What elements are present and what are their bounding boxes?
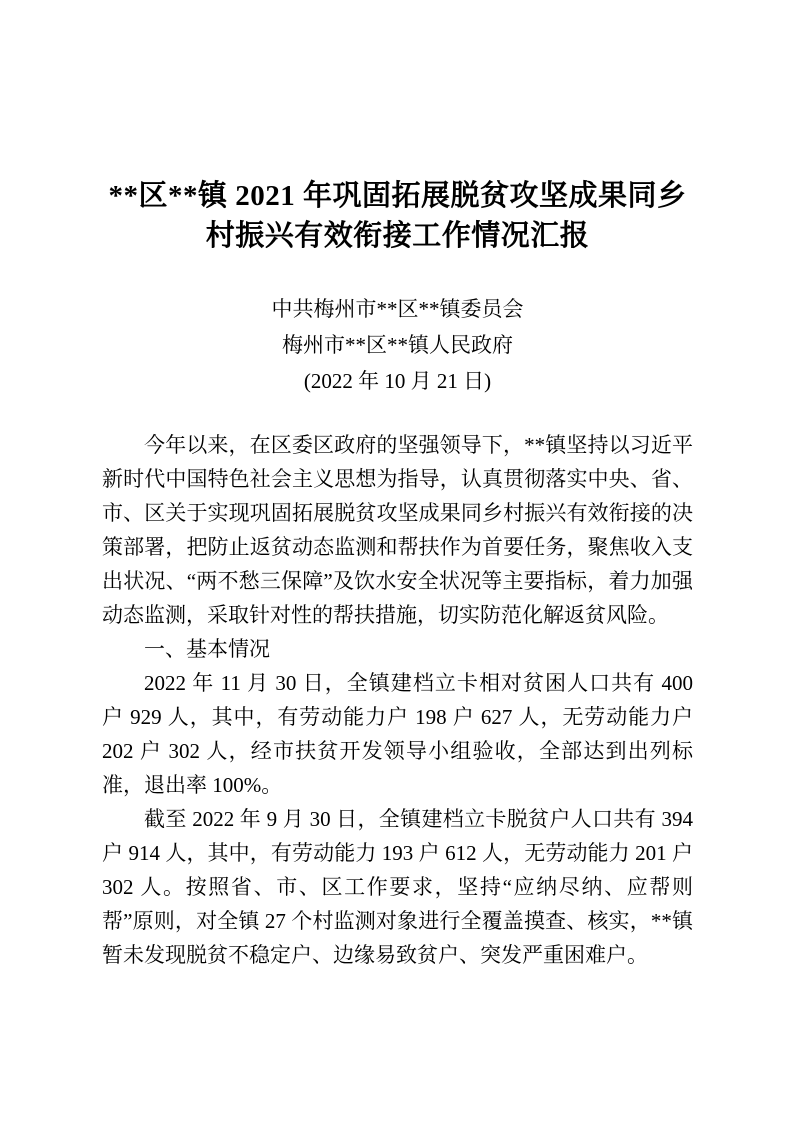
paragraph-poverty-stats-november: 2022 年 11 月 30 日，全镇建档立卡相对贫困人口共有 400 户 92… bbox=[102, 666, 693, 802]
title-line-2: 村振兴有效衔接工作情况汇报 bbox=[102, 216, 693, 256]
document-page: **区**镇 2021 年巩固拓展脱贫攻坚成果同乡 村振兴有效衔接工作情况汇报 … bbox=[0, 0, 794, 1122]
document-byline: 中共梅州市**区**镇委员会 梅州市**区**镇人民政府 (2022 年 10 … bbox=[102, 291, 693, 399]
paragraph-poverty-stats-september: 截至 2022 年 9 月 30 日，全镇建档立卡脱贫户人口共有 394 户 9… bbox=[102, 802, 693, 972]
document-date: (2022 年 10 月 21 日) bbox=[102, 363, 693, 399]
section-heading-basic-situation: 一、基本情况 bbox=[102, 632, 693, 666]
author-line-party-committee: 中共梅州市**区**镇委员会 bbox=[102, 291, 693, 327]
author-line-government: 梅州市**区**镇人民政府 bbox=[102, 327, 693, 363]
paragraph-intro: 今年以来，在区委区政府的坚强领导下，**镇坚持以习近平新时代中国特色社会主义思想… bbox=[102, 428, 693, 632]
document-title: **区**镇 2021 年巩固拓展脱贫攻坚成果同乡 村振兴有效衔接工作情况汇报 bbox=[102, 176, 693, 256]
document-body: 今年以来，在区委区政府的坚强领导下，**镇坚持以习近平新时代中国特色社会主义思想… bbox=[102, 428, 693, 972]
title-line-1: **区**镇 2021 年巩固拓展脱贫攻坚成果同乡 bbox=[102, 176, 693, 216]
